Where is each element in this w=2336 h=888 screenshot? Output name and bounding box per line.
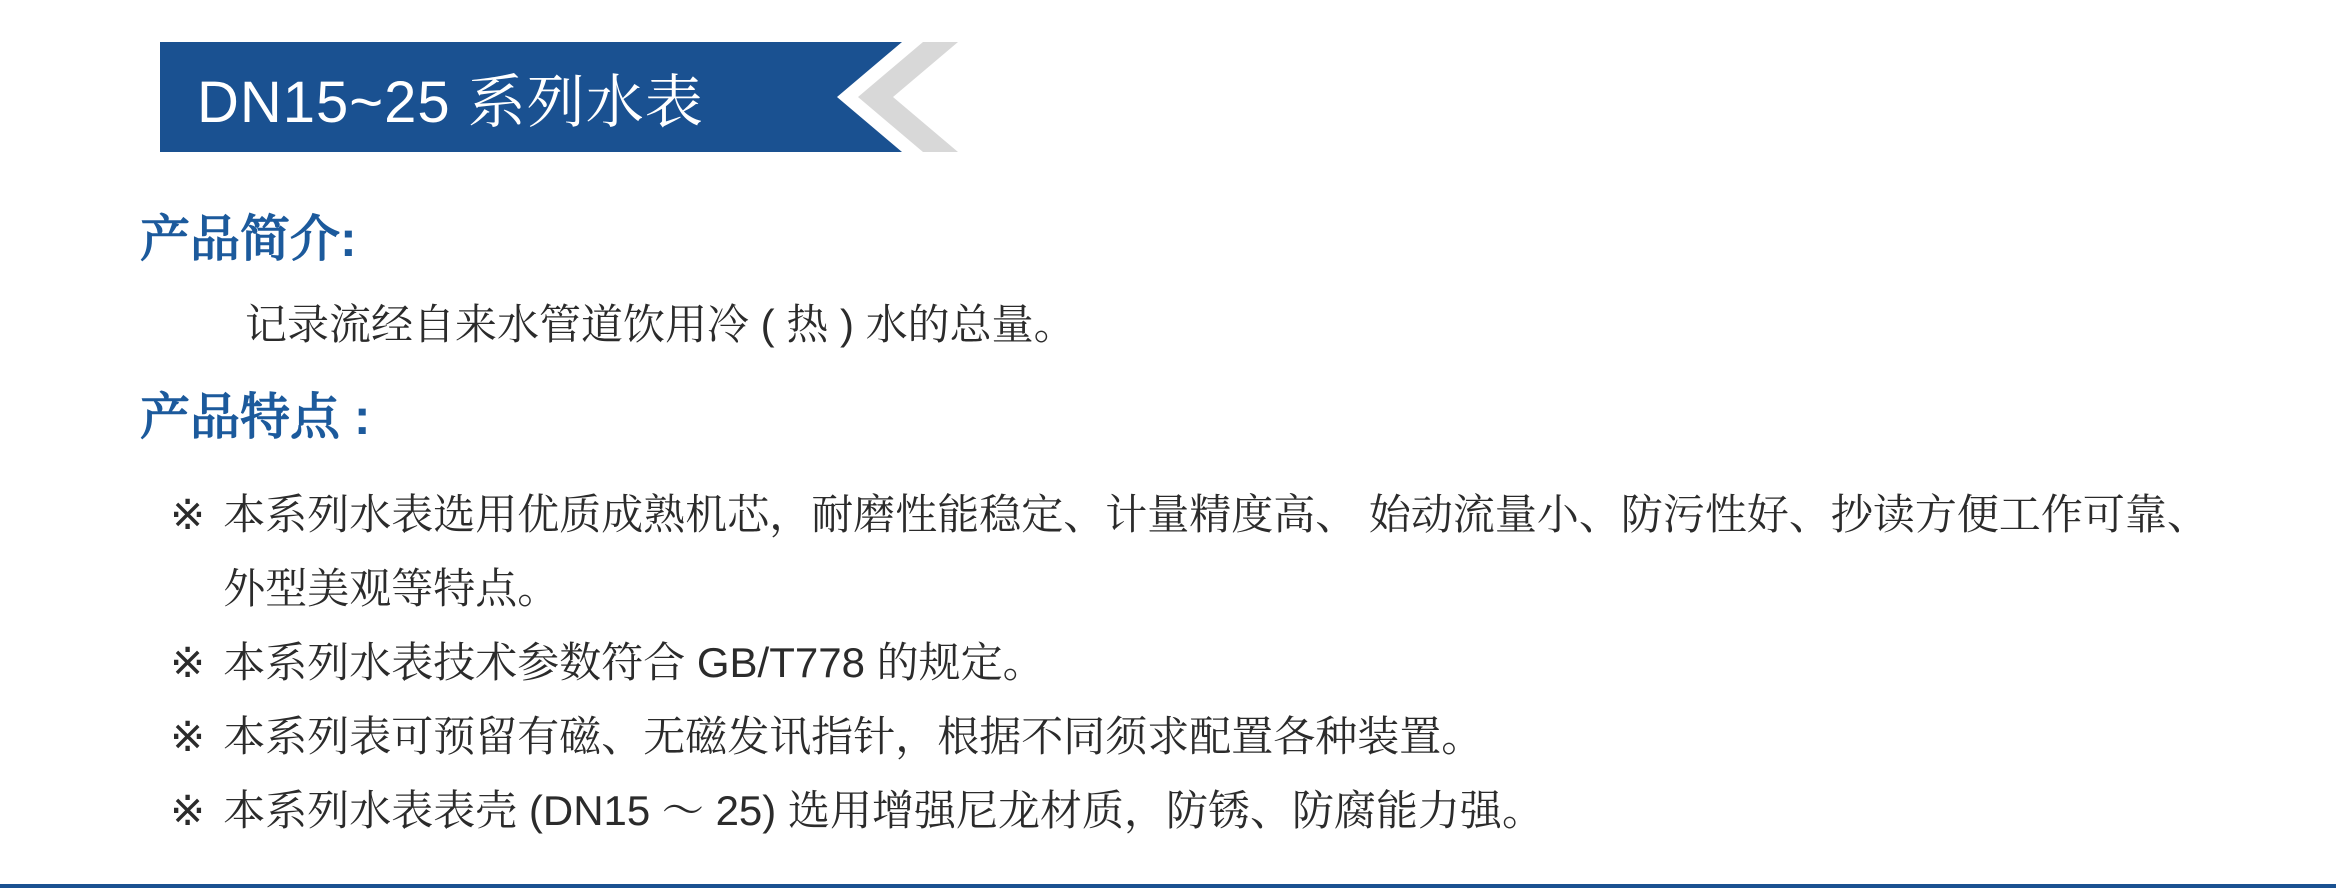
title-banner: DN15~25 系列水表 (160, 42, 960, 152)
feature-list: ※ 本系列水表选用优质成熟机芯，耐磨性能稳定、计量精度高、 始动流量小、防污性好… (170, 478, 2240, 848)
list-item: ※ 本系列水表技术参数符合 GB/T778 的规定。 (170, 626, 2240, 700)
feature-text: 本系列表可预留有磁、无磁发讯指针，根据不同须求配置各种装置。 (223, 700, 1483, 774)
list-item: ※ 本系列水表选用优质成熟机芯，耐磨性能稳定、计量精度高、 始动流量小、防污性好… (170, 478, 2240, 626)
product-page: DN15~25 系列水表 产品简介: 记录流经自来水管道饮用冷 ( 热 ) 水的… (0, 0, 2336, 888)
reference-mark-icon: ※ (170, 700, 205, 774)
bottom-divider (0, 884, 2336, 888)
features-section-heading: 产品特点 : (140, 388, 2240, 446)
feature-text: 本系列水表表壳 (DN15 ～ 25) 选用增强尼龙材质，防锈、防腐能力强。 (223, 774, 1544, 848)
reference-mark-icon: ※ (170, 478, 205, 552)
intro-body-text: 记录流经自来水管道饮用冷 ( 热 ) 水的总量。 (245, 296, 2240, 354)
intro-section-heading: 产品简介: (140, 210, 2240, 268)
content-area: 产品简介: 记录流经自来水管道饮用冷 ( 热 ) 水的总量。 产品特点 : ※ … (140, 152, 2240, 848)
list-item: ※ 本系列表可预留有磁、无磁发讯指针，根据不同须求配置各种装置。 (170, 700, 2240, 774)
list-item: ※ 本系列水表表壳 (DN15 ～ 25) 选用增强尼龙材质，防锈、防腐能力强。 (170, 774, 2240, 848)
feature-text: 本系列水表技术参数符合 GB/T778 的规定。 (223, 626, 1044, 700)
page-title: DN15~25 系列水表 (197, 55, 704, 139)
reference-mark-icon: ※ (170, 774, 205, 848)
feature-text: 本系列水表选用优质成熟机芯，耐磨性能稳定、计量精度高、 始动流量小、防污性好、抄… (223, 478, 2209, 626)
reference-mark-icon: ※ (170, 626, 205, 700)
title-ribbon: DN15~25 系列水表 (160, 42, 902, 152)
